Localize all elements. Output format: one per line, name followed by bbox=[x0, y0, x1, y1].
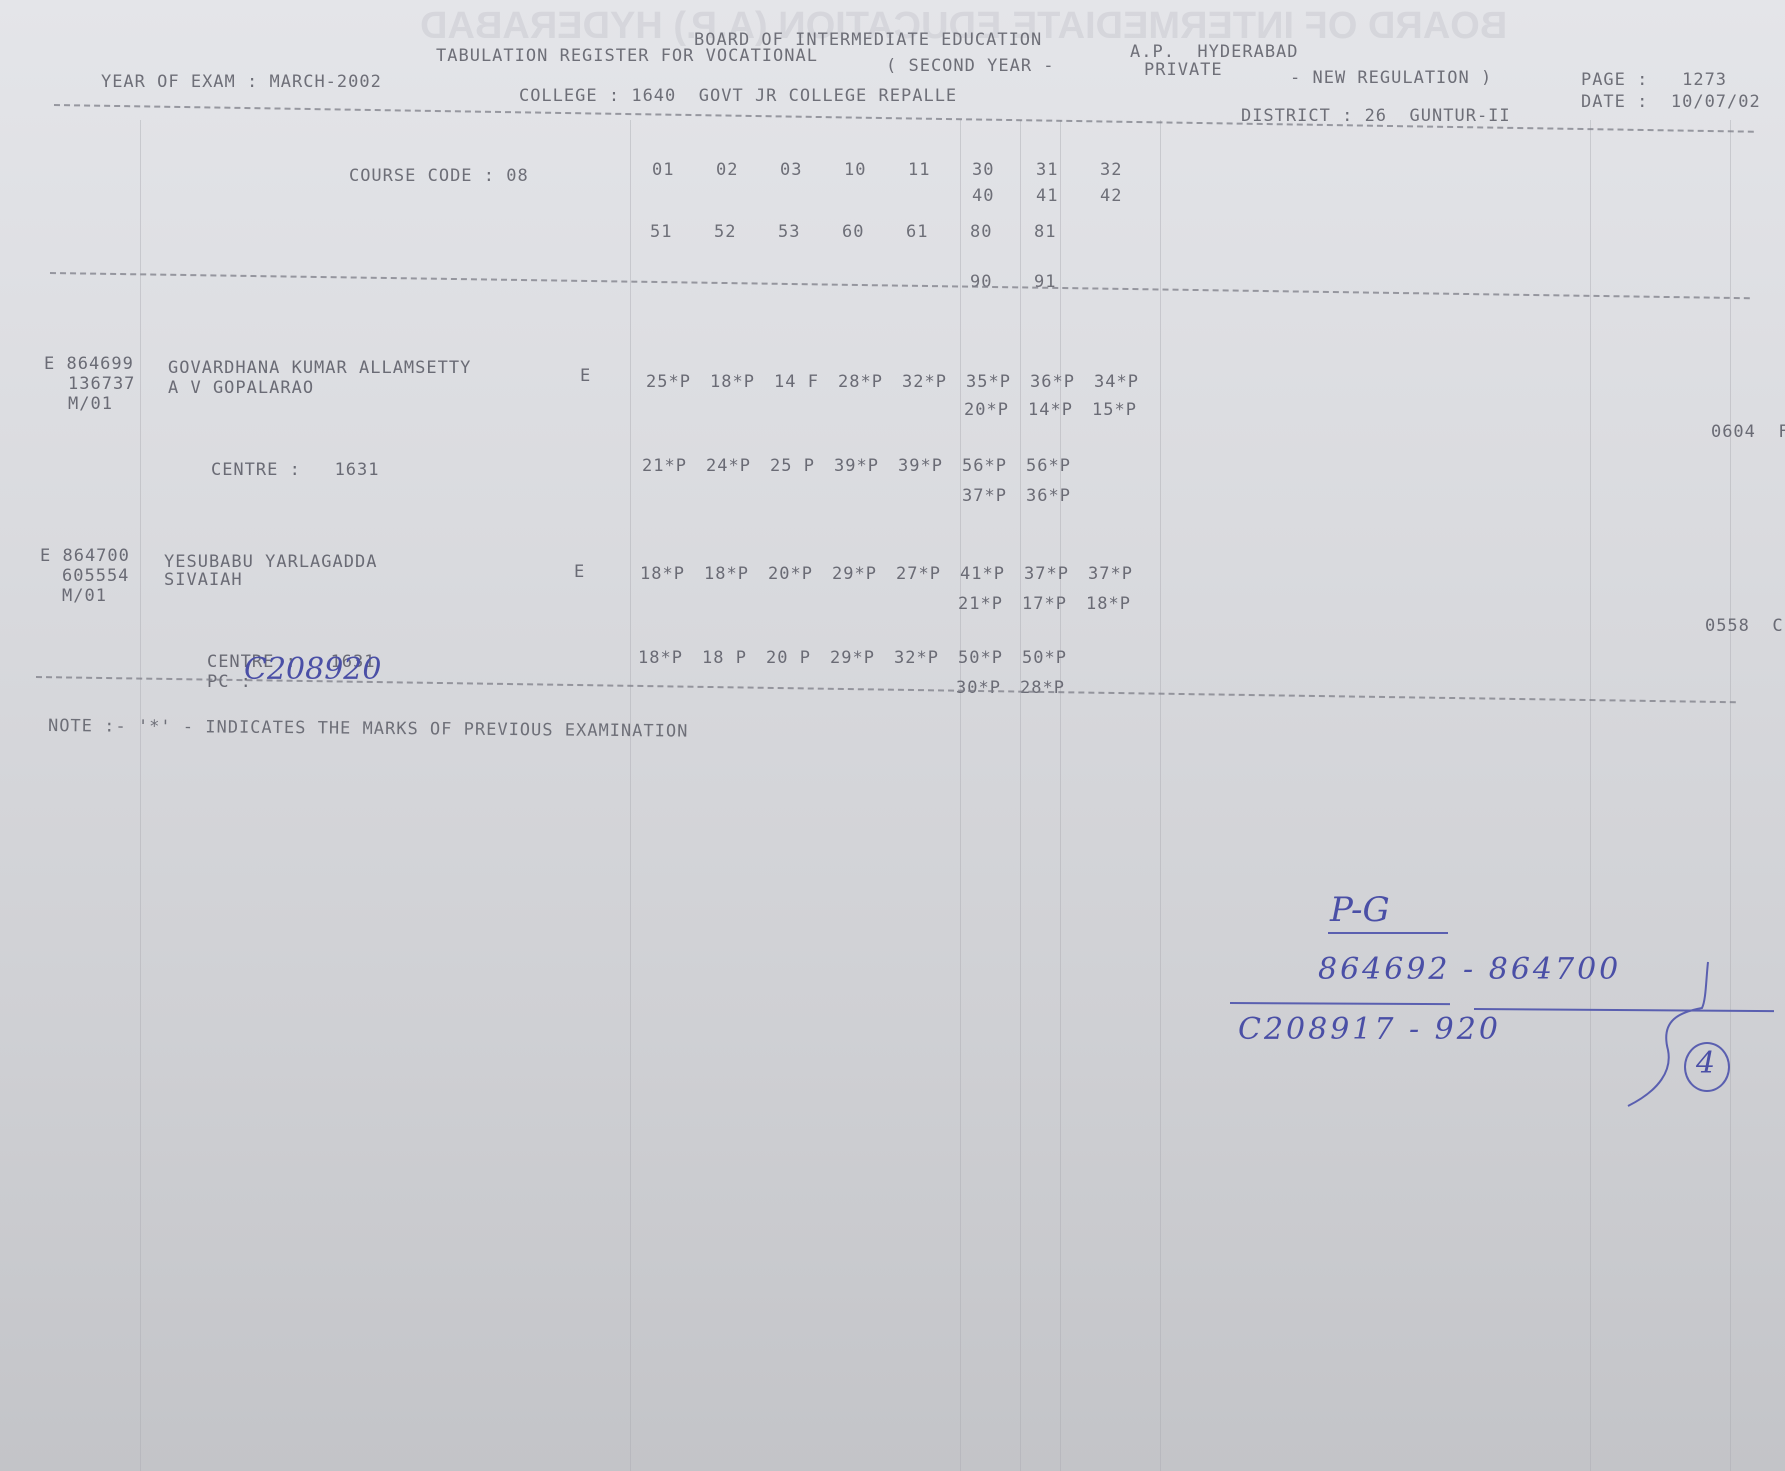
cell-value: 41 bbox=[1036, 186, 1100, 206]
cell-value: 32*P bbox=[902, 372, 966, 392]
college-label: COLLEGE bbox=[519, 86, 598, 106]
candidate-type: PRIVATE bbox=[1144, 60, 1223, 80]
cell-value: 50*P bbox=[1022, 648, 1086, 668]
cell-value: 34*P bbox=[1094, 372, 1158, 392]
cell-value: 56*P bbox=[1026, 456, 1090, 476]
cell-value: 29*P bbox=[830, 648, 894, 668]
ruling-line bbox=[1060, 120, 1061, 1471]
cell-value: 20*P bbox=[768, 564, 832, 584]
cell-value: 31 bbox=[1036, 160, 1100, 180]
cell-value: 42 bbox=[1100, 186, 1164, 206]
year-of-exam: MARCH-2002 bbox=[270, 72, 382, 92]
subject-codes-row-2: 51525360618081 bbox=[650, 222, 1098, 242]
cell-value: 25*P bbox=[646, 372, 710, 392]
cell-value: 53 bbox=[778, 222, 842, 242]
result-code: F bbox=[1778, 422, 1785, 442]
board-location: A.P. HYDERABAD bbox=[1130, 42, 1299, 62]
medium: M/01 bbox=[68, 394, 113, 414]
cell-value: 03 bbox=[780, 160, 844, 180]
total-marks: 0558 bbox=[1705, 616, 1750, 636]
course-divider bbox=[50, 272, 1750, 299]
annotation-range-top: 864692 - 864700 bbox=[1318, 952, 1621, 987]
cell-value: 27*P bbox=[896, 564, 960, 584]
college-code: 1640 bbox=[631, 86, 676, 106]
total-marks: 0604 bbox=[1711, 422, 1756, 442]
print-date: 10/07/02 bbox=[1671, 92, 1761, 112]
subject-codes-row-1b: 404142 bbox=[972, 186, 1164, 206]
cell-value: 18*P bbox=[1086, 594, 1150, 614]
cell-value: 18 P bbox=[702, 648, 766, 668]
cell-value: 30 bbox=[972, 160, 1036, 180]
footnote: NOTE :- '*' - INDICATES THE MARKS OF PRE… bbox=[48, 716, 689, 742]
cell-value: 37*P bbox=[962, 486, 1026, 506]
candidate-id: 605554 bbox=[62, 566, 129, 586]
cell-value: 35*P bbox=[966, 372, 1030, 392]
pc-label: PC bbox=[207, 672, 229, 692]
stream: E bbox=[574, 562, 585, 582]
cell-value: 24*P bbox=[706, 456, 770, 476]
cell-value: 56*P bbox=[962, 456, 1026, 476]
cell-value: 10 bbox=[844, 160, 908, 180]
annotation-heading: P-G bbox=[1330, 890, 1390, 930]
count-circle: 4 bbox=[1684, 1042, 1730, 1092]
marks-row-2: 18*P18 P20 P29*P32*P50*P50*P bbox=[638, 648, 1086, 668]
cell-value: 80 bbox=[970, 222, 1034, 242]
ruling-line bbox=[1160, 120, 1161, 1471]
cell-value: 30*P bbox=[956, 678, 1020, 698]
cell-value: 20 P bbox=[766, 648, 830, 668]
cell-value: 32*P bbox=[894, 648, 958, 668]
cell-value: 18*P bbox=[704, 564, 768, 584]
cell-value: 11 bbox=[908, 160, 972, 180]
annotation-rule bbox=[1230, 1002, 1450, 1005]
centre-label: CENTRE bbox=[211, 460, 278, 480]
date-label: DATE bbox=[1581, 92, 1626, 112]
cell-value: 25 P bbox=[770, 456, 834, 476]
cell-value: 36*P bbox=[1030, 372, 1094, 392]
annotation-underline bbox=[1328, 932, 1448, 934]
cell-value: 32 bbox=[1100, 160, 1164, 180]
cell-value: 18*P bbox=[640, 564, 704, 584]
cell-value: 37*P bbox=[1024, 564, 1088, 584]
cell-value: 17*P bbox=[1022, 594, 1086, 614]
cell-value: 36*P bbox=[1026, 486, 1090, 506]
candidate-id: 136737 bbox=[68, 374, 135, 394]
cell-value: 14*P bbox=[1028, 400, 1092, 420]
medium: M/01 bbox=[62, 586, 107, 606]
marks-row-2b: 30*P28*P bbox=[956, 678, 1084, 698]
marks-row-1b: 20*P14*P15*P bbox=[964, 400, 1156, 420]
cell-value: 60 bbox=[842, 222, 906, 242]
ruling-line bbox=[1730, 120, 1731, 1471]
candidate-name: YESUBABU YARLAGADDA bbox=[164, 552, 377, 572]
result-code: C bbox=[1772, 616, 1783, 636]
cell-value: 02 bbox=[716, 160, 780, 180]
cell-value: 01 bbox=[652, 160, 716, 180]
marks-row-1b: 21*P17*P18*P bbox=[958, 594, 1150, 614]
cell-value: 14 F bbox=[774, 372, 838, 392]
cell-value: 41*P bbox=[960, 564, 1024, 584]
cell-value: 90 bbox=[970, 272, 1034, 292]
centre-code: 1631 bbox=[335, 460, 380, 480]
cell-value: 39*P bbox=[834, 456, 898, 476]
district-code: 26 bbox=[1365, 106, 1387, 126]
ruling-line bbox=[1020, 120, 1021, 1471]
cell-value: 52 bbox=[714, 222, 778, 242]
ruling-line bbox=[1590, 120, 1591, 1471]
cell-value: 81 bbox=[1034, 222, 1098, 242]
annotation-range-bottom: C208917 - 920 bbox=[1238, 1012, 1501, 1047]
cell-value: 15*P bbox=[1092, 400, 1156, 420]
cell-value: 51 bbox=[650, 222, 714, 242]
college-name: GOVT JR COLLEGE REPALLE bbox=[699, 86, 957, 106]
marks-row-2: 21*P24*P25 P39*P39*P56*P56*P bbox=[642, 456, 1090, 476]
annotation-count: 4 bbox=[1696, 1046, 1715, 1081]
cell-value: 37*P bbox=[1088, 564, 1152, 584]
subject-codes-row-1: 0102031011303132 bbox=[652, 160, 1164, 180]
cell-value: 18*P bbox=[710, 372, 774, 392]
cell-value: 40 bbox=[972, 186, 1036, 206]
district-name: GUNTUR-II bbox=[1410, 106, 1511, 126]
ruling-line bbox=[630, 120, 631, 1471]
course-code-label: COURSE CODE bbox=[349, 166, 473, 186]
cell-value: 28*P bbox=[1020, 678, 1084, 698]
cell-value: 21*P bbox=[642, 456, 706, 476]
candidate-name: GOVARDHANA KUMAR ALLAMSETTY bbox=[168, 358, 471, 378]
hall-ticket-number: E 864699 bbox=[44, 354, 134, 374]
cell-value: 28*P bbox=[838, 372, 902, 392]
cell-value: 61 bbox=[906, 222, 970, 242]
marks-row-2b: 37*P36*P bbox=[962, 486, 1090, 506]
father-name: A V GOPALARAO bbox=[168, 378, 314, 398]
father-name: SIVAIAH bbox=[164, 570, 243, 590]
ruling-line bbox=[960, 120, 961, 1471]
hall-ticket-number: E 864700 bbox=[40, 546, 130, 566]
register-title: TABULATION REGISTER FOR VOCATIONAL bbox=[436, 46, 818, 66]
cell-value: 39*P bbox=[898, 456, 962, 476]
marks-row-1: 25*P18*P14 F28*P32*P35*P36*P34*P bbox=[646, 372, 1158, 392]
marks-row-1: 18*P18*P20*P29*P27*P41*P37*P37*P bbox=[640, 564, 1152, 584]
stream: E bbox=[580, 366, 591, 386]
cell-value: 21*P bbox=[958, 594, 1022, 614]
regulation: - NEW REGULATION ) bbox=[1290, 68, 1492, 88]
course-code: 08 bbox=[506, 166, 528, 186]
year-of-exam-label: YEAR OF EXAM bbox=[101, 72, 236, 92]
ruling-line bbox=[140, 120, 141, 1471]
cell-value: 20*P bbox=[964, 400, 1028, 420]
cell-value: 18*P bbox=[638, 648, 702, 668]
cell-value: 50*P bbox=[958, 648, 1022, 668]
cell-value: 29*P bbox=[832, 564, 896, 584]
